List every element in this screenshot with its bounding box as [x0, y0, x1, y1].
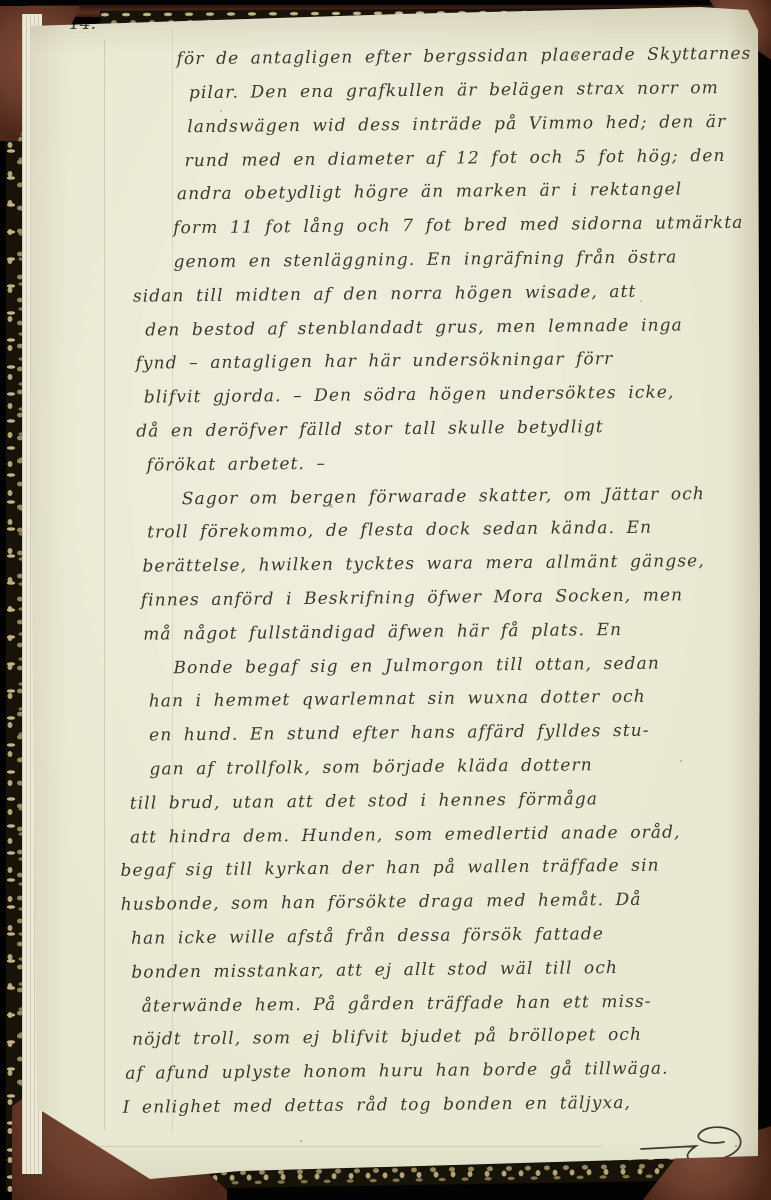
handwriting-line: gan af trollfolk, som började kläda dott…: [149, 755, 593, 779]
foxing-spots: [0, 0, 2, 2]
handwriting-line: form 11 fot lång och 7 fot bred med sido…: [173, 213, 743, 238]
handwriting-line: blifvit gjorda. – Den södra högen unders…: [144, 382, 675, 407]
photo-background: 14. för de antagligen efter bergssidan p…: [0, 0, 771, 1200]
handwriting-line: husbonde, som han försökte draga med hem…: [121, 890, 642, 915]
handwriting-line: återwände hem. På gården träffade han et…: [142, 992, 652, 1017]
handwriting-line: sidan till midten af den norra högen wis…: [133, 282, 637, 307]
handwriting-line: förökat arbetet. –: [146, 454, 326, 476]
handwriting-line: af afund uplyste honom huru han borde gå…: [125, 1059, 668, 1084]
handwriting-line: han icke wille afstå från dessa försök f…: [131, 924, 604, 949]
handwritten-text-block: för de antagligen efter bergssidan place…: [0, 0, 771, 1200]
handwriting-line: rund med en diameter af 12 fot och 5 fot…: [185, 146, 726, 171]
handwriting-line: begaf sig till kyrkan der han på wallen …: [120, 856, 659, 881]
handwriting-line: bonden misstankar, att ej allt stod wäl …: [131, 958, 618, 983]
handwriting-line: troll förekommo, de flesta dock sedan kä…: [147, 518, 652, 543]
manuscript-page: 14. för de antagligen efter bergssidan p…: [0, 0, 771, 1200]
handwriting-line: pilar. Den ena grafkullen är belägen str…: [189, 78, 719, 103]
handwriting-line: till brud, utan att det stod i hennes fö…: [130, 789, 598, 813]
handwriting-line: landswägen wid dess inträde på Vimmo hed…: [187, 112, 726, 137]
handwriting-line: för de antagligen efter bergssidan place…: [177, 44, 752, 70]
handwriting-line: då en deröfver fälld stor tall skulle be…: [136, 417, 604, 441]
handwriting-line: han i hemmet qwarlemnat sin wuxna dotter…: [149, 687, 646, 712]
handwriting-line: andra obetydligt högre än marken är i re…: [177, 179, 683, 204]
handwriting-line: genom en stenläggning. En ingräfning frå…: [173, 247, 677, 272]
handwriting-line: Bonde begaf sig en Julmorgon till ottan,…: [173, 654, 660, 679]
handwriting-line: må något fullständigad äfwen här få plat…: [143, 620, 622, 645]
handwriting-line: Sagor om bergen förwarade skatter, om Jä…: [182, 484, 705, 509]
handwriting-line: I enlighet med dettas råd tog bonden en …: [123, 1093, 632, 1118]
handwriting-line: fynd – antagligen har här undersökningar…: [135, 349, 613, 374]
handwriting-line: finnes anförd i Beskrifning öfwer Mora S…: [141, 585, 684, 610]
handwriting-line: berättelse, hwilken tycktes wara mera al…: [142, 551, 704, 576]
handwriting-line: den bestod af stenblandadt grus, men lem…: [145, 315, 683, 340]
handwriting-line: att hindra dem. Hunden, som emedlertid a…: [130, 822, 681, 847]
handwriting-line: en hund. En stund efter hans affärd fyll…: [149, 721, 650, 746]
handwriting-line: nöjdt troll, som ej blifvit bjudet på br…: [132, 1025, 642, 1050]
